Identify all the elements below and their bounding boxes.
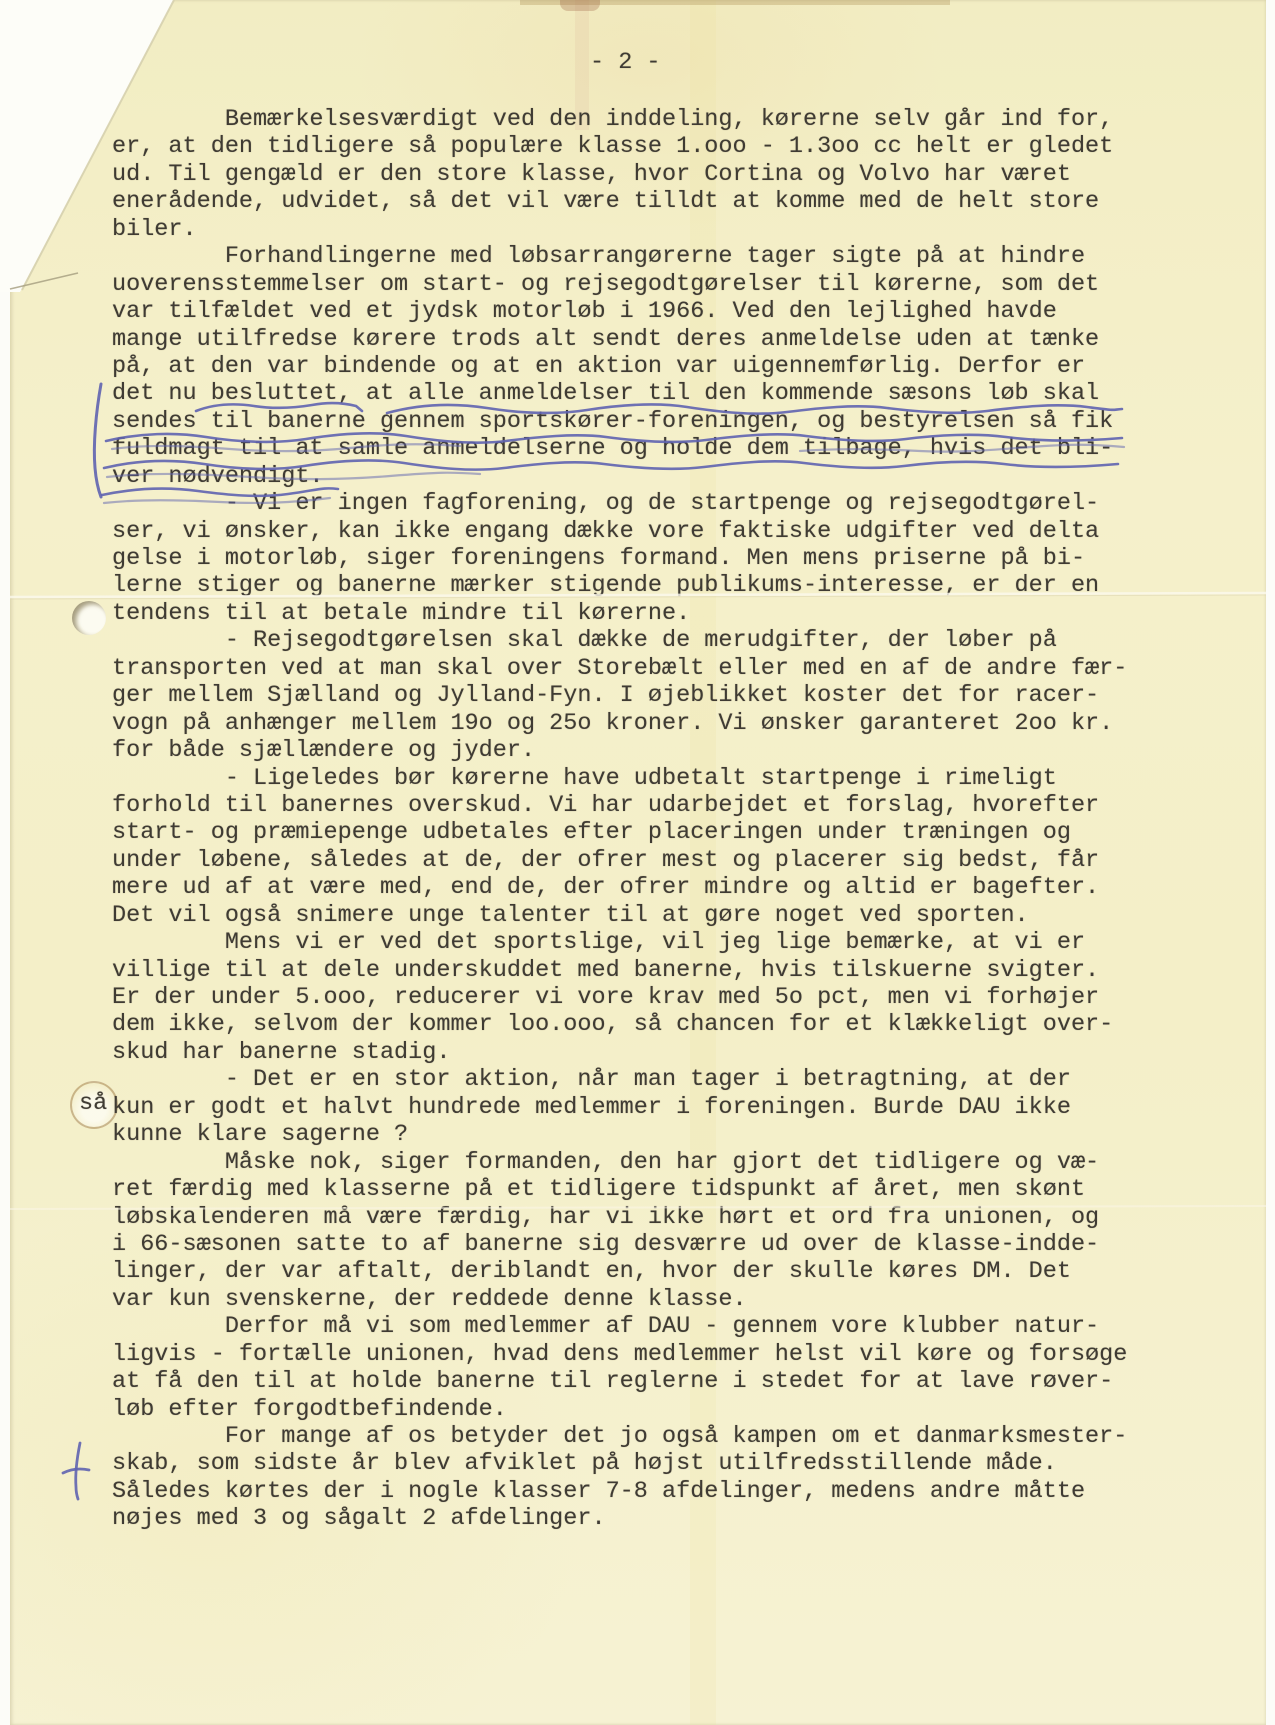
text-line: for både sjællændere og jyder. — [112, 737, 1142, 764]
text-line: var kun svenskerne, der reddede denne kl… — [112, 1286, 1142, 1313]
text-block: Bemærkelsesværdigt ved den inddeling, kø… — [112, 106, 1142, 1533]
scanned-document-page: så - 2 - Bemærkelsesværdigt ved den indd… — [0, 0, 1275, 1725]
text-line: at få den til at holde banerne til regle… — [112, 1368, 1142, 1395]
text-line: dem ikke, selvom der kommer loo.ooo, så … — [112, 1011, 1142, 1038]
text-line: fuldmagt til at samle anmeldelserne og h… — [112, 435, 1142, 462]
page-number: - 2 - — [590, 49, 661, 76]
text-line: var tilfældet ved et jydsk motorløb i 19… — [112, 298, 1142, 325]
text-line: - Vi er ingen fagforening, og de startpe… — [112, 490, 1142, 517]
text-line: nøjes med 3 og sågalt 2 afdelinger. — [112, 1505, 1142, 1532]
text-line: start- og præmiepenge udbetales efter pl… — [112, 819, 1142, 846]
text-line: enerådende, udvidet, så det vil være til… — [112, 188, 1142, 215]
text-line: under løbene, således at de, der ofrer m… — [112, 847, 1142, 874]
text-line: ver nødvendigt. — [112, 463, 1142, 490]
text-line: Det vil også snimere unge talenter til a… — [112, 902, 1142, 929]
text-line: løbskalenderen må være færdig, har vi ik… — [112, 1204, 1142, 1231]
text-line: Bemærkelsesværdigt ved den inddeling, kø… — [112, 106, 1142, 133]
text-line: er, at den tidligere så populære klasse … — [112, 133, 1142, 160]
text-line: lerne stiger og banerne mærker stigende … — [112, 572, 1142, 599]
text-line: villige til at dele underskuddet med ban… — [112, 957, 1142, 984]
text-line: mange utilfredse kørere trods alt sendt … — [112, 326, 1142, 353]
text-line: ser, vi ønsker, kan ikke engang dække vo… — [112, 518, 1142, 545]
text-line: ger mellem Sjælland og Jylland-Fyn. I øj… — [112, 682, 1142, 709]
text-line: uoverensstemmelser om start- og rejsegod… — [112, 271, 1142, 298]
text-line: Måske nok, siger formanden, den har gjor… — [112, 1149, 1142, 1176]
punch-hole-top — [72, 601, 106, 635]
text-line: det nu besluttet, at alle anmeldelser ti… — [112, 380, 1142, 407]
text-line: Er der under 5.ooo, reducerer vi vore kr… — [112, 984, 1142, 1011]
text-line: vogn på anhænger mellem 19o og 25o krone… — [112, 710, 1142, 737]
text-line: kun er godt et halvt hundrede medlemmer … — [112, 1094, 1142, 1121]
text-line: Forhandlingerne med løbsarrangørerne tag… — [112, 243, 1142, 270]
text-line: forhold til banernes overskud. Vi har ud… — [112, 792, 1142, 819]
text-line: skud har banerne stadig. — [112, 1039, 1142, 1066]
text-line: For mange af os betyder det jo også kamp… — [112, 1423, 1142, 1450]
text-line: mere ud af at være med, end de, der ofre… — [112, 874, 1142, 901]
text-line: - Det er en stor aktion, når man tager i… — [112, 1066, 1142, 1093]
text-line: ret færdig med klasserne på et tidligere… — [112, 1176, 1142, 1203]
text-line: linger, der var aftalt, deriblandt en, h… — [112, 1258, 1142, 1285]
text-line: Mens vi er ved det sportslige, vil jeg l… — [112, 929, 1142, 956]
paper-top-smudge — [560, 0, 600, 11]
text-line: - Rejsegodtgørelsen skal dække de merudg… — [112, 627, 1142, 654]
text-line: løb efter forgodtbefindende. — [112, 1396, 1142, 1423]
text-line: på, at den var bindende og at en aktion … — [112, 353, 1142, 380]
text-line: ligvis - fortælle unionen, hvad dens med… — [112, 1341, 1142, 1368]
text-line: i 66-sæsonen satte to af banerne sig des… — [112, 1231, 1142, 1258]
text-line: Derfor må vi som medlemmer af DAU - genn… — [112, 1313, 1142, 1340]
text-line: - Ligeledes bør kørerne have udbetalt st… — [112, 765, 1142, 792]
text-line: sendes til banerne gennem sportskører-fo… — [112, 408, 1142, 435]
text-line: kunne klare sagerne ? — [112, 1121, 1142, 1148]
text-line: Således kørtes der i nogle klasser 7-8 a… — [112, 1478, 1142, 1505]
text-line: biler. — [112, 216, 1142, 243]
margin-note-sa: så — [79, 1090, 107, 1117]
text-line: skab, som sidste år blev afviklet på høj… — [112, 1450, 1142, 1477]
text-line: transporten ved at man skal over Storebæ… — [112, 655, 1142, 682]
text-line: ud. Til gengæld er den store klasse, hvo… — [112, 161, 1142, 188]
text-line: tendens til at betale mindre til kørerne… — [112, 600, 1142, 627]
text-line: gelse i motorløb, siger foreningens form… — [112, 545, 1142, 572]
